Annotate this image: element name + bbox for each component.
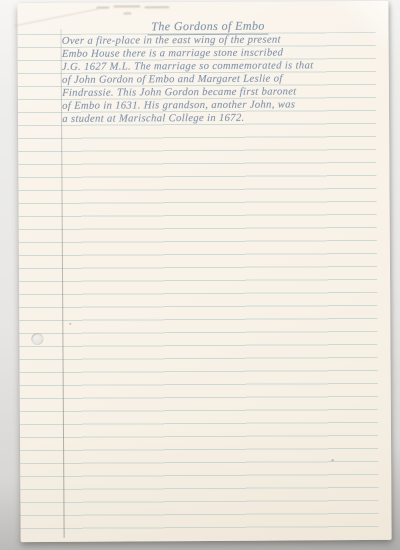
handwritten-line: Over a fire-place in the east wing of th… xyxy=(62,32,379,47)
handwritten-line: Embo House there is a marriage stone ins… xyxy=(62,45,379,60)
hole-punch-mark xyxy=(31,333,43,345)
paper-sheet: The Gordons of Embo Over a fire-place in… xyxy=(17,1,391,542)
pencil-stroke xyxy=(113,5,140,7)
handwritten-paragraph: Over a fire-place in the east wing of th… xyxy=(62,32,380,125)
paper-shading xyxy=(20,420,392,542)
handwritten-line: of Embo in 1631. His grandson, another J… xyxy=(62,97,379,112)
pencil-stroke xyxy=(144,6,169,8)
pencil-stroke xyxy=(96,7,109,9)
handwritten-line: Findrassie. This John Gordon became firs… xyxy=(62,84,379,99)
handwritten-line: a student at Marischal College in 1672. xyxy=(62,110,379,125)
pencil-note xyxy=(96,3,176,17)
photo-background: The Gordons of Embo Over a fire-place in… xyxy=(0,0,400,550)
document-title: The Gordons of Embo xyxy=(27,18,388,34)
dust-speck xyxy=(69,323,71,325)
handwritten-line: of John Gordon of Embo and Margaret Lesl… xyxy=(62,71,379,86)
handwritten-line: J.G. 1627 M.L. The marriage so commemora… xyxy=(62,58,379,73)
pencil-stroke xyxy=(123,12,131,14)
